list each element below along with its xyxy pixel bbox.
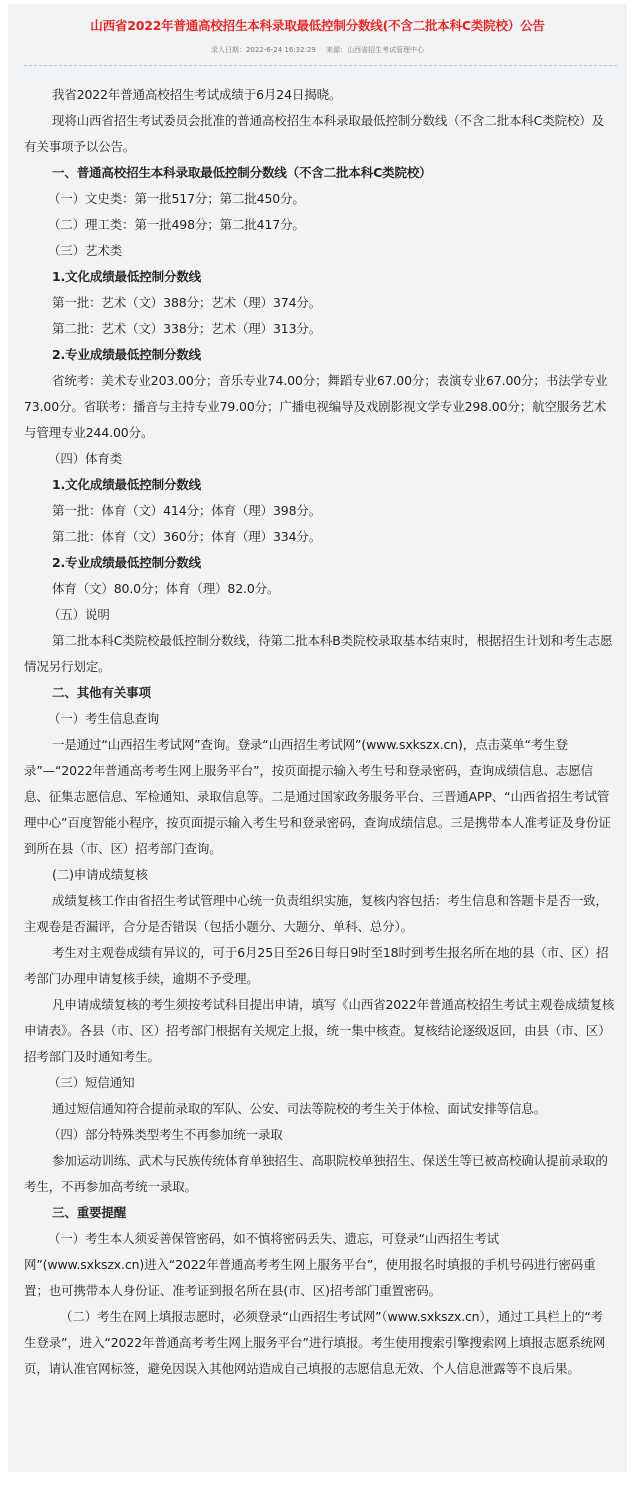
paragraph: （一）考生本人须妥善保管密码，如不慎将密码丢失、遗忘，可登录“山西招生考试网”(… bbox=[24, 1226, 615, 1304]
paragraph: 一是通过“山西招生考试网”查询。登录“山西招生考试网”(www.sxkszx.c… bbox=[24, 732, 615, 862]
article-meta: 录入日期：2022-6-24 16:32:29 来源：山西省招生考试管理中心 bbox=[8, 45, 627, 55]
item-heading: 2.专业成绩最低控制分数线 bbox=[24, 342, 615, 368]
item-heading: 1.文化成绩最低控制分数线 bbox=[24, 264, 615, 290]
paragraph: 第一批：艺术（文）388分；艺术（理）374分。 bbox=[24, 290, 615, 316]
paragraph: 第二批本科C类院校最低控制分数线，待第二批本科B类院校录取基本结束时，根据招生计… bbox=[24, 628, 615, 680]
subsection-heading: （四）部分特殊类型考生不再参加统一录取 bbox=[24, 1122, 615, 1148]
subsection-heading: （三）艺术类 bbox=[24, 238, 615, 264]
subsection-heading: （四）体育类 bbox=[24, 446, 615, 472]
item-heading: 2.专业成绩最低控制分数线 bbox=[24, 550, 615, 576]
paragraph: 省统考：美术专业203.00分；音乐专业74.00分；舞蹈专业67.00分；表演… bbox=[24, 368, 615, 446]
subsection-heading: （二）理工类：第一批498分；第二批417分。 bbox=[24, 212, 615, 238]
paragraph: 现将山西省招生考试委员会批准的普通高校招生本科录取最低控制分数线（不含二批本科C… bbox=[24, 108, 615, 160]
paragraph: 通过短信通知符合提前录取的军队、公安、司法等院校的考生关于体检、面试安排等信息。 bbox=[24, 1096, 615, 1122]
paragraph: （二）考生在网上填报志愿时，必须登录“山西招生考试网”（www.sxkszx.c… bbox=[24, 1304, 615, 1382]
article-panel: 山西省2022年普通高校招生本科录取最低控制分数线(不含二批本科C类院校）公告 … bbox=[8, 4, 627, 1472]
paragraph: 第二批：体育（文）360分；体育（理）334分。 bbox=[24, 524, 615, 550]
entry-date-label: 录入日期： bbox=[211, 46, 246, 54]
paragraph: 参加运动训练、武术与民族传统体育单独招生、高职院校单独招生、保送生等已被高校确认… bbox=[24, 1148, 615, 1200]
section-heading: 三、重要提醒 bbox=[24, 1200, 615, 1226]
paragraph: 第二批：艺术（文）338分；艺术（理）313分。 bbox=[24, 316, 615, 342]
subsection-heading: (二)申请成绩复核 bbox=[24, 862, 615, 888]
entry-date: 录入日期：2022-6-24 16:32:29 bbox=[211, 46, 316, 54]
entry-date-value: 2022-6-24 16:32:29 bbox=[246, 46, 316, 54]
paragraph: 我省2022年普通高校招生考试成绩于6月24日揭晓。 bbox=[24, 82, 615, 108]
section-heading: 一、普通高校招生本科录取最低控制分数线（不含二批本科C类院校） bbox=[24, 160, 615, 186]
source: 来源：山西省招生考试管理中心 bbox=[326, 46, 424, 54]
subsection-heading: （三）短信通知 bbox=[24, 1070, 615, 1096]
source-label: 来源： bbox=[326, 46, 347, 54]
article-title: 山西省2022年普通高校招生本科录取最低控制分数线(不含二批本科C类院校）公告 bbox=[8, 4, 627, 35]
section-heading: 二、其他有关事项 bbox=[24, 680, 615, 706]
article-body: 我省2022年普通高校招生考试成绩于6月24日揭晓。 现将山西省招生考试委员会批… bbox=[8, 66, 627, 1382]
paragraph: 凡申请成绩复核的考生须按考试科目提出申请，填写《山西省2022年普通高校招生考试… bbox=[24, 992, 615, 1070]
paragraph: 考生对主观卷成绩有异议的，可于6月25日至26日每日9时至18时到考生报名所在地… bbox=[24, 940, 615, 992]
paragraph: 体育（文）80.0分；体育（理）82.0分。 bbox=[24, 576, 615, 602]
subsection-heading: （一）考生信息查询 bbox=[24, 706, 615, 732]
paragraph: 第一批：体育（文）414分；体育（理）398分。 bbox=[24, 498, 615, 524]
paragraph: 成绩复核工作由省招生考试管理中心统一负责组织实施，复核内容包括：考生信息和答题卡… bbox=[24, 888, 615, 940]
source-value: 山西省招生考试管理中心 bbox=[347, 46, 424, 54]
item-heading: 1.文化成绩最低控制分数线 bbox=[24, 472, 615, 498]
subsection-heading: （五）说明 bbox=[24, 602, 615, 628]
subsection-heading: （一）文史类：第一批517分；第二批450分。 bbox=[24, 186, 615, 212]
